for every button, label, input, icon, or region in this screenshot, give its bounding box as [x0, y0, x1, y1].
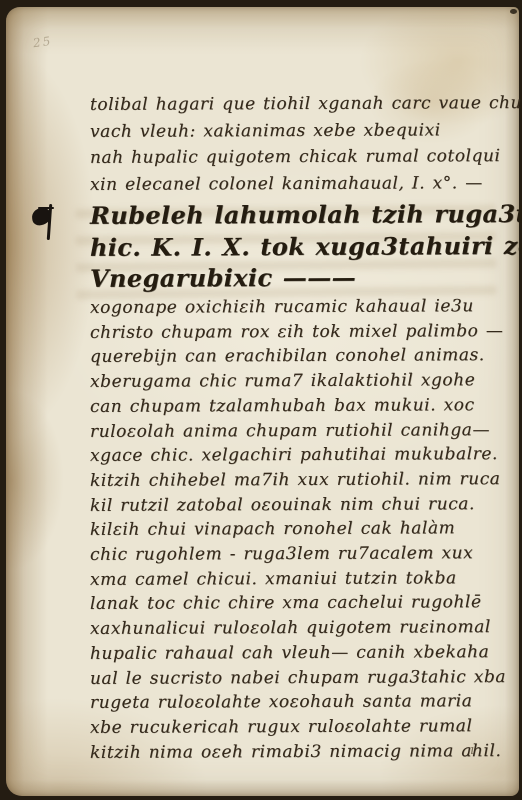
manuscript-line: Rubeleh lahumolah tzih ruga3ta.: [90, 198, 504, 231]
manuscript-line: xaxhunalicui ruloεolah quigotem ruεinoma…: [90, 615, 504, 642]
manuscript-line: xgace chic. xelgachiri pahutihai mukubal…: [90, 442, 504, 469]
manuscript-line: xma camel chicui. xmaniui tutzin tokba: [90, 566, 504, 593]
manuscript-line: xbe rucukericah rugux ruloεolahte rumal: [90, 714, 504, 741]
body-text-block: xogonape oxichiεih rucamic kahaual ie3uc…: [90, 295, 504, 764]
manuscript-line: kilεih chui vinapach ronohel cak halàm: [90, 516, 504, 543]
manuscript-line: christo chupam rox εih tok mixel palimbo…: [90, 319, 504, 346]
paragraph-mark-icon: [32, 204, 56, 244]
manuscript-line: tolibal hagari que tiohil xganah carc va…: [90, 90, 504, 118]
manuscript-line: ual le sucristo nabei chupam ruga3tahic …: [90, 665, 504, 692]
manuscript-line: xin elecanel colonel kanimahaual, I. x°.…: [90, 170, 504, 198]
opening-text-block: tolibal hagari que tiohil xganah carc va…: [90, 91, 504, 197]
section-heading-block: Rubeleh lahumolah tzih ruga3ta.hic. K. I…: [90, 199, 504, 294]
folio-number-pencil: 25: [32, 34, 53, 51]
manuscript-page: 25 tolibal hagari que tiohil xganah carc…: [6, 7, 519, 796]
manuscript-line: xogonape oxichiεih rucamic kahaual ie3u: [90, 294, 504, 321]
manuscript-line: xberugama chic ruma7 ikalaktiohil xgohe: [90, 368, 504, 395]
edge-speck: [510, 9, 517, 14]
manuscript-line: kil rutzil zatobal oεouinak nim chui ruc…: [90, 492, 504, 519]
manuscript-line: kitzih nima oεeh rimabi3 nimacig nima ah…: [90, 739, 504, 766]
manuscript-photo: { "page": { "kind": "handwritten manuscr…: [0, 0, 522, 800]
manuscript-line: vach vleuh: xakianimas xebe xbequixi: [90, 117, 504, 145]
manuscript-line: hupalic rahaual cah vleuh— canih xbekaha: [90, 640, 504, 667]
manuscript-line: hic. K. I. X. tok xuga3tahuiri zoxεih: [90, 230, 504, 263]
manuscript-line: querebijn can erachibilan conohel animas…: [90, 344, 504, 371]
manuscript-line: ruloεolah anima chupam rutiohil canihga—: [90, 418, 504, 445]
manuscript-line: kitzih chihebel ma7ih xux rutiohil. nim …: [90, 467, 504, 494]
manuscript-line: Vnegarubixic ———: [90, 261, 504, 294]
corner-ink-mark: ı: [470, 743, 474, 758]
manuscript-line: rugeta ruloεolahte xoεohauh santa maria: [90, 689, 504, 716]
manuscript-line: can chupam tzalamhubah bax mukui. xoc: [90, 393, 504, 420]
manuscript-line: lanak toc chic chire xma cachelui rugohl…: [90, 591, 504, 618]
manuscript-line: chic rugohlem - ruga3lem ru7acalem xux: [90, 541, 504, 568]
manuscript-line: nah hupalic quigotem chicak rumal cotolq…: [90, 143, 504, 171]
